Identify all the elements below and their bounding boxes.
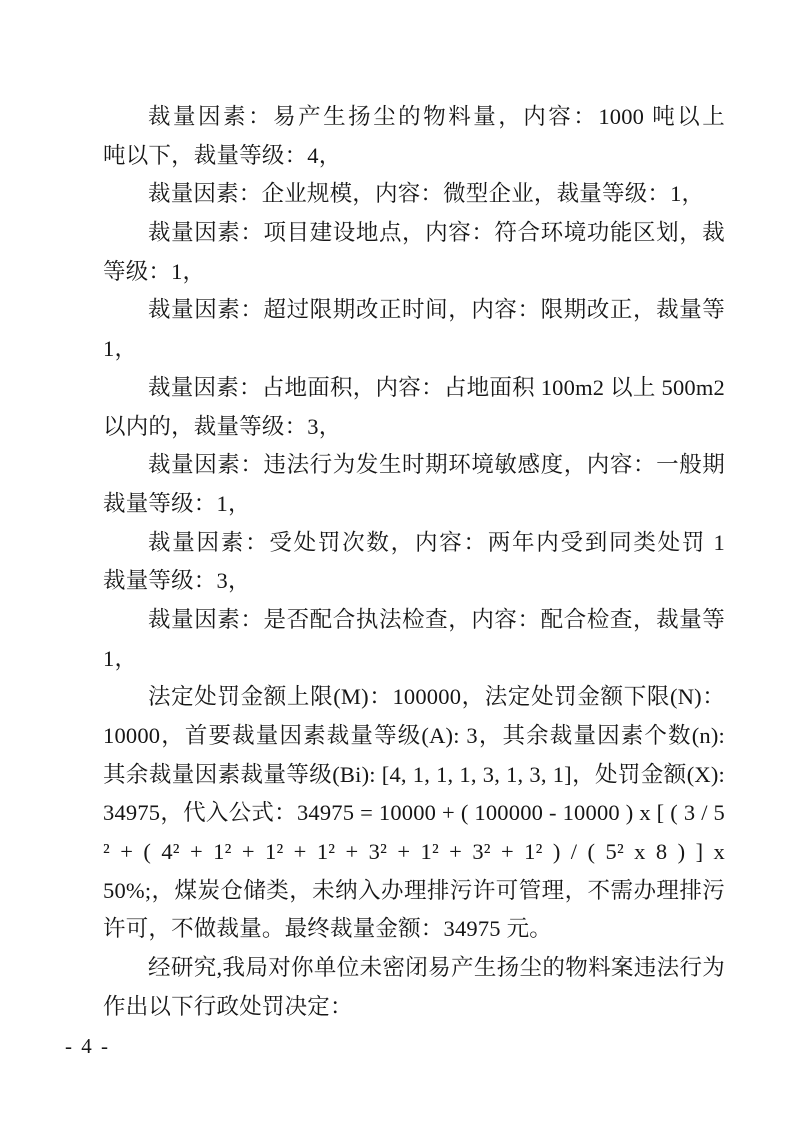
text-line-3: 裁量因素：企业规模，内容：微型企业，裁量等级：1， xyxy=(103,175,725,214)
text-line-10: 裁量因素：违法行为发生时期环境敏感度，内容：一般期间， xyxy=(103,446,725,485)
text-line-22: 许可，不做裁量。最终裁量金额：34975 元。 xyxy=(103,910,725,949)
text-line-15: 1， xyxy=(103,640,725,679)
text-line-2: 吨以下，裁量等级：4， xyxy=(103,137,725,176)
document-body: 裁量因素：易产生扬尘的物料量，内容：1000 吨以上 2000吨以下，裁量等级：… xyxy=(103,98,725,1027)
text-line-8: 裁量因素：占地面积，内容：占地面积 100m2 以上 500m2 xyxy=(103,369,725,408)
page-number: - 4 - xyxy=(65,1027,110,1066)
text-line-17: 10000，首要裁量因素裁量等级(A): 3，其余裁量因素个数(n): 8， xyxy=(103,717,725,756)
text-line-18: 其余裁量因素裁量等级(Bi): [4, 1, 1, 1, 3, 1, 3, 1]… xyxy=(103,756,725,795)
text-line-24: 作出以下行政处罚决定： xyxy=(103,988,725,1027)
text-line-6: 裁量因素：超过限期改正时间，内容：限期改正，裁量等级： xyxy=(103,291,725,330)
text-line-12: 裁量因素：受处罚次数，内容：两年内受到同类处罚 1 次， xyxy=(103,524,725,563)
text-line-11: 裁量等级：1， xyxy=(103,485,725,524)
text-line-9: 以内的，裁量等级：3， xyxy=(103,408,725,447)
text-line-19: 34975，代入公式：34975 = 10000 + ( 100000 - 10… xyxy=(103,794,725,833)
text-line-14: 裁量因素：是否配合执法检查，内容：配合检查，裁量等级： xyxy=(103,601,725,640)
text-line-1: 裁量因素：易产生扬尘的物料量，内容：1000 吨以上 2000 xyxy=(103,98,725,137)
text-line-5: 等级：1， xyxy=(103,253,725,292)
text-line-13: 裁量等级：3， xyxy=(103,562,725,601)
document-page: 裁量因素：易产生扬尘的物料量，内容：1000 吨以上 2000吨以下，裁量等级：… xyxy=(0,0,793,1122)
text-line-16: 法定处罚金额上限(M)：100000，法定处罚金额下限(N)： xyxy=(103,678,725,717)
text-line-4: 裁量因素：项目建设地点，内容：符合环境功能区划，裁量 xyxy=(103,214,725,253)
text-line-23: 经研究,我局对你单位未密闭易产生扬尘的物料案违法行为 xyxy=(103,949,725,988)
text-line-7: 1， xyxy=(103,330,725,369)
text-line-21: 50%;，煤炭仓储类，未纳入办理排污许可管理，不需办理排污 xyxy=(103,872,725,911)
text-line-20: ² + ( 4² + 1² + 1² + 1² + 3² + 1² + 3² +… xyxy=(103,833,725,872)
